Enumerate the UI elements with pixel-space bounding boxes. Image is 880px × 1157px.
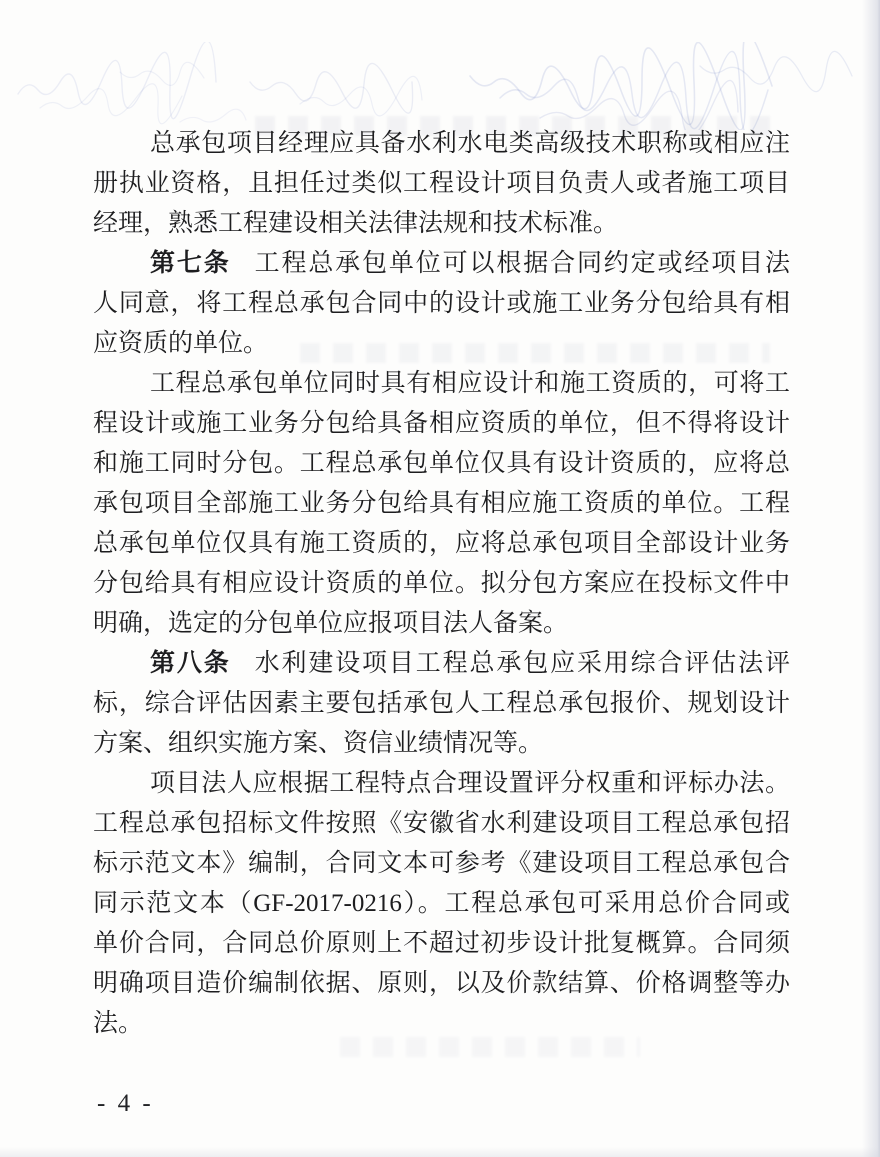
scan-edge-shadow-right	[862, 0, 880, 1157]
text-line-article-7: 第七条工程总承包单位可以根据合同约定或经项目法	[93, 244, 790, 284]
text-line: 应资质的单位。	[93, 324, 790, 364]
text-line: 明确项目造价编制依据、原则，以及价款结算、价格调整等办	[93, 964, 790, 1004]
text-line: 标示范文本》编制，合同文本可参考《建设项目工程总承包合	[93, 844, 790, 884]
text-line: 总承包单位仅具有施工资质的，应将总承包项目全部设计业务	[93, 524, 790, 564]
text-line: 工程总承包单位同时具有相应设计和施工资质的，可将工	[93, 364, 790, 404]
text-line: 承包项目全部施工业务分包给具有相应施工资质的单位。工程	[93, 484, 790, 524]
document-body: 总承包项目经理应具备水利水电类高级技术职称或相应注 册执业资格，且担任过类似工程…	[93, 124, 790, 1044]
text-line: 法。	[93, 1004, 790, 1044]
text-line: 人同意，将工程总承包合同中的设计或施工业务分包给具有相	[93, 284, 790, 324]
text-line: 标，综合评估因素主要包括承包人工程总承包报价、规划设计	[93, 684, 790, 724]
text-line: 单价合同，合同总价原则上不超过初步设计批复概算。合同须	[93, 924, 790, 964]
watermark-scribble-band	[0, 42, 880, 130]
article-number: 第七条	[150, 250, 231, 277]
text-line: 分包给具有相应设计资质的单位。拟分包方案应在投标文件中	[93, 564, 790, 604]
line-text: 工程总承包单位可以根据合同约定或经项目法	[255, 250, 790, 277]
text-line: 同示范文本（GF-2017-0216）。工程总承包可采用总价合同或	[93, 884, 790, 924]
text-line: 明确，选定的分包单位应报项目法人备案。	[93, 604, 790, 644]
page-number: - 4 -	[97, 1090, 154, 1118]
text-line-article-8: 第八条水利建设项目工程总承包应采用综合评估法评	[93, 644, 790, 684]
text-line: 总承包项目经理应具备水利水电类高级技术职称或相应注	[93, 124, 790, 164]
text-line: 和施工同时分包。工程总承包单位仅具有设计资质的，应将总	[93, 444, 790, 484]
text-line: 项目法人应根据工程特点合理设置评分权重和评标办法。	[93, 764, 790, 804]
text-line: 册执业资格，且担任过类似工程设计项目负责人或者施工项目	[93, 164, 790, 204]
text-line: 经理，熟悉工程建设相关法律法规和技术标准。	[93, 204, 790, 244]
text-line: 工程总承包招标文件按照《安徽省水利建设项目工程总承包招	[93, 804, 790, 844]
scan-edge-shadow-bottom	[0, 1147, 880, 1157]
line-text: 水利建设项目工程总承包应采用综合评估法评	[255, 650, 790, 677]
text-line: 程设计或施工业务分包给具备相应资质的单位，但不得将设计	[93, 404, 790, 444]
text-line: 方案、组织实施方案、资信业绩情况等。	[93, 724, 790, 764]
scanned-document-page: 总承包项目经理应具备水利水电类高级技术职称或相应注 册执业资格，且担任过类似工程…	[0, 0, 880, 1157]
article-number: 第八条	[150, 650, 231, 677]
